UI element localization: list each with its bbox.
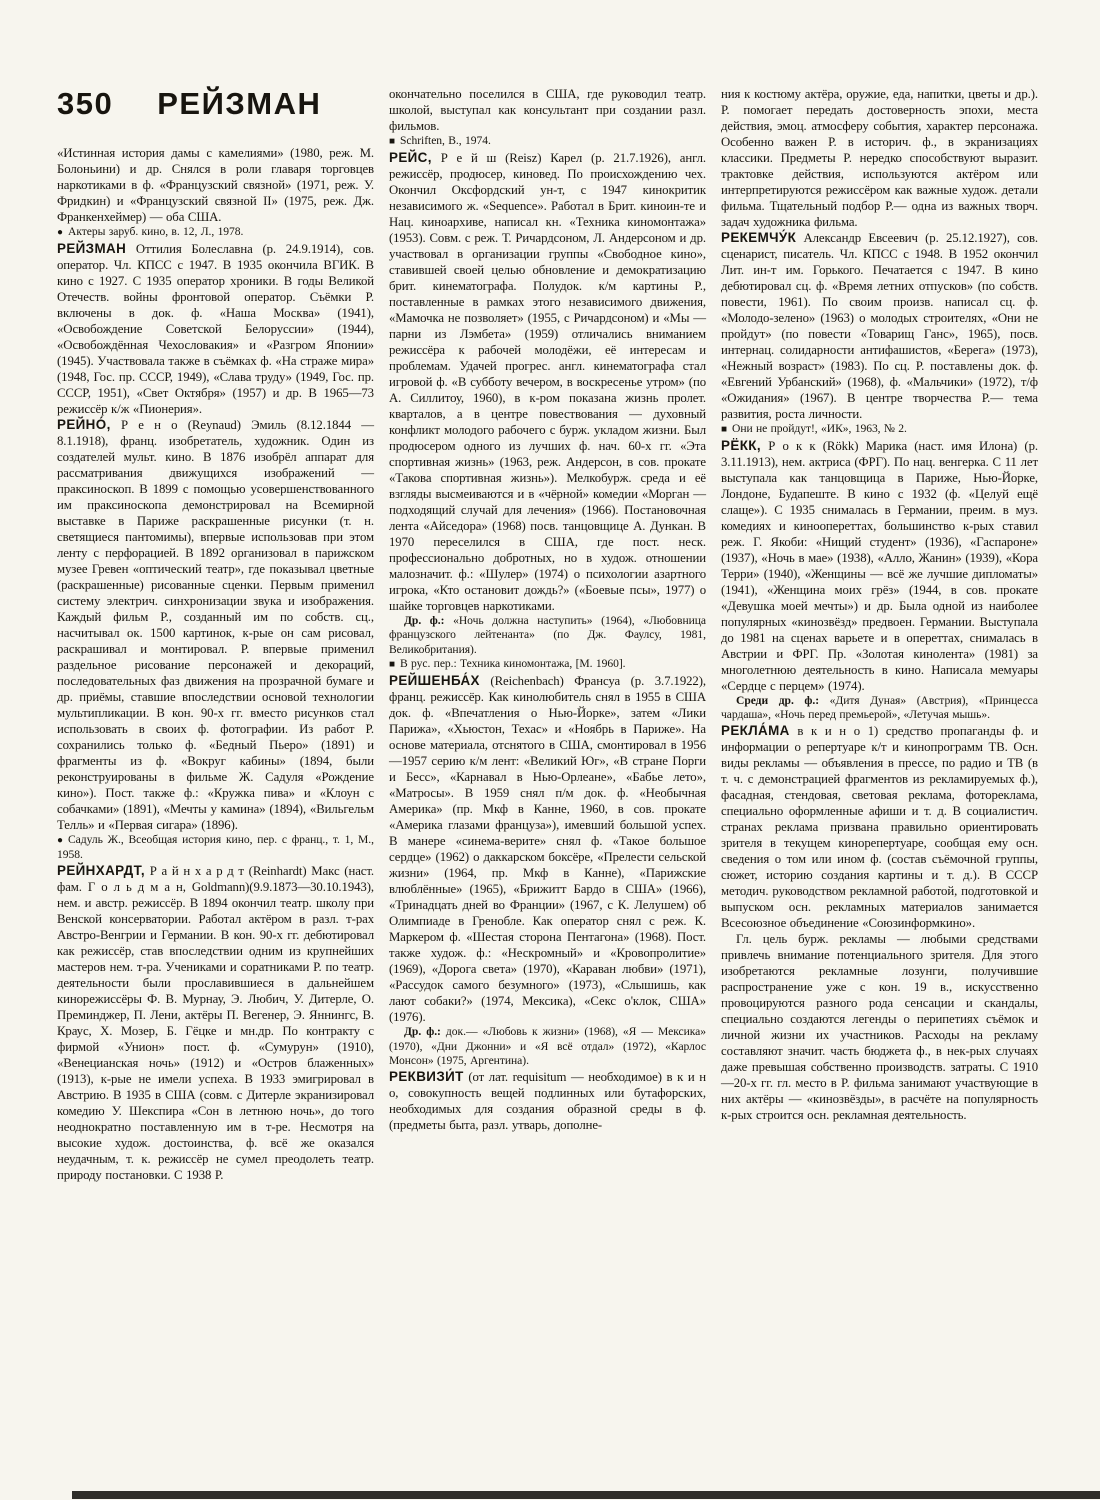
page-number: 350: [57, 86, 113, 121]
continuation-paragraph: окончательно поселился в США, где руково…: [389, 86, 706, 134]
scan-edge-bar: [72, 1491, 1100, 1499]
entry-reis: РЕЙС, Р е й ш (Reisz) Карел (р. 21.7.192…: [389, 150, 706, 614]
page-content: 350РЕЙЗМАН «Истинная история дамы с каме…: [57, 86, 1039, 1183]
filmography-note: Др. ф.: «Ночь должна наступить» (1964), …: [389, 614, 706, 658]
filmography-label: Среди др. ф.:: [736, 694, 819, 707]
entry-headword: РЕКЕМЧУ́К: [721, 230, 796, 245]
square-bullet-icon: ■: [389, 658, 395, 673]
filmography-label: Др. ф.:: [404, 614, 444, 627]
entry-headword: РЕКЛА́МА: [721, 723, 790, 738]
bibliography-text: Они не пройдут!, «ИК», 1963, № 2.: [732, 422, 907, 435]
circle-bullet-icon: ●: [57, 226, 63, 241]
column-1: 350РЕЙЗМАН «Истинная история дамы с каме…: [57, 86, 374, 1183]
square-bullet-icon: ■: [721, 423, 727, 438]
bibliography-note: ■В рус. пер.: Техника киномонтажа, [М. 1…: [389, 657, 706, 673]
square-bullet-icon: ■: [389, 135, 395, 150]
entry-reyno: РЕЙНО́, Р е н о (Reynaud) Эмиль (8.12.18…: [57, 417, 374, 833]
entry-rekemchuk: РЕКЕМЧУ́К Александр Евсеевич (р. 25.12.1…: [721, 230, 1038, 422]
entry-text: Р е й ш (Reisz) Карел (р. 21.7.1926), ан…: [389, 151, 706, 613]
entry-reinhardt: РЕЙНХАРДТ, Р а й н х а р д т (Reinhardt)…: [57, 863, 374, 1183]
entry-text: Р о к к (Rökk) Марика (наст. имя Илона) …: [721, 439, 1038, 693]
entry-headword: РЕЙШЕНБА́Х: [389, 673, 480, 688]
page-header: 350РЕЙЗМАН: [57, 88, 374, 119]
entry-text: Оттилия Болеславна (р. 24.9.1914), сов. …: [57, 242, 374, 416]
bibliography-text: Садуль Ж., Всеобщая история кино, пер. с…: [57, 833, 374, 862]
entry-headword: РЕЙС,: [389, 150, 432, 165]
entry-text: (Reichenbach) Франсуа (р. 3.7.1922), фра…: [389, 674, 706, 1024]
entry-text: Александр Евсеевич (р. 25.12.1927), сов.…: [721, 231, 1038, 421]
entry-rekvizit: РЕКВИЗИ́Т (от лат. requisitum — необходи…: [389, 1069, 706, 1133]
entry-headword: РЕКВИЗИ́Т: [389, 1069, 464, 1084]
bibliography-note: ■Schriften, B., 1974.: [389, 134, 706, 150]
column-2: окончательно поселился в США, где руково…: [389, 86, 706, 1133]
bibliography-note: ●Актеры заруб. кино, в. 12, Л., 1978.: [57, 225, 374, 241]
bibliography-text: В рус. пер.: Техника киномонтажа, [М. 19…: [400, 657, 626, 670]
continuation-paragraph: ния к костюму актёра, оружие, еда, напит…: [721, 86, 1038, 230]
entry-reyzman-ottiliya: РЕЙЗМАН Оттилия Болеславна (р. 24.9.1914…: [57, 241, 374, 417]
entry-headword: РЕЙНО́,: [57, 417, 111, 432]
continuation-paragraph: «Истинная история дамы с камелиями» (198…: [57, 145, 374, 225]
entry-reichenbach: РЕЙШЕНБА́Х (Reichenbach) Франсуа (р. 3.7…: [389, 673, 706, 1025]
paragraph-text: «Истинная история дамы с камелиями» (198…: [57, 146, 374, 224]
encyclopedia-page: 350РЕЙЗМАН «Истинная история дамы с каме…: [0, 0, 1100, 1500]
bibliography-text: Schriften, B., 1974.: [400, 134, 491, 147]
bibliography-text: Актеры заруб. кино, в. 12, Л., 1978.: [68, 225, 243, 238]
paragraph-text: Гл. цель бурж. рекламы — любыми средства…: [721, 932, 1038, 1122]
bibliography-note: ■Они не пройдут!, «ИК», 1963, № 2.: [721, 422, 1038, 438]
circle-bullet-icon: ●: [57, 834, 63, 849]
body-paragraph: Гл. цель бурж. рекламы — любыми средства…: [721, 931, 1038, 1123]
entry-headword: РЁКК,: [721, 438, 761, 453]
entry-headword: РЕЙНХАРДТ,: [57, 863, 145, 878]
paragraph-text: окончательно поселился в США, где руково…: [389, 87, 706, 133]
paragraph-text: ния к костюму актёра, оружие, еда, напит…: [721, 87, 1038, 229]
entry-headword: РЕЙЗМАН: [57, 241, 126, 256]
column-3: ния к костюму актёра, оружие, еда, напит…: [721, 86, 1038, 1123]
filmography-note: Среди др. ф.: «Дитя Дуная» (Австрия), «П…: [721, 694, 1038, 723]
entry-text: в к и н о 1) средство пропаганды ф. и ин…: [721, 724, 1038, 930]
entry-rekk: РЁКК, Р о к к (Rökk) Марика (наст. имя И…: [721, 438, 1038, 694]
running-head: РЕЙЗМАН: [157, 86, 321, 121]
bibliography-note: ●Садуль Ж., Всеобщая история кино, пер. …: [57, 833, 374, 863]
entry-reklama: РЕКЛА́МА в к и н о 1) средство пропаганд…: [721, 723, 1038, 931]
filmography-label: Др. ф.:: [404, 1025, 441, 1038]
entry-text: Р е н о (Reynaud) Эмиль (8.12.1844 — 8.1…: [57, 418, 374, 832]
entry-text: Р а й н х а р д т (Reinhardt) Макс (наст…: [57, 864, 374, 1182]
filmography-note: Др. ф.: док.— «Любовь к жизни» (1968), «…: [389, 1025, 706, 1069]
